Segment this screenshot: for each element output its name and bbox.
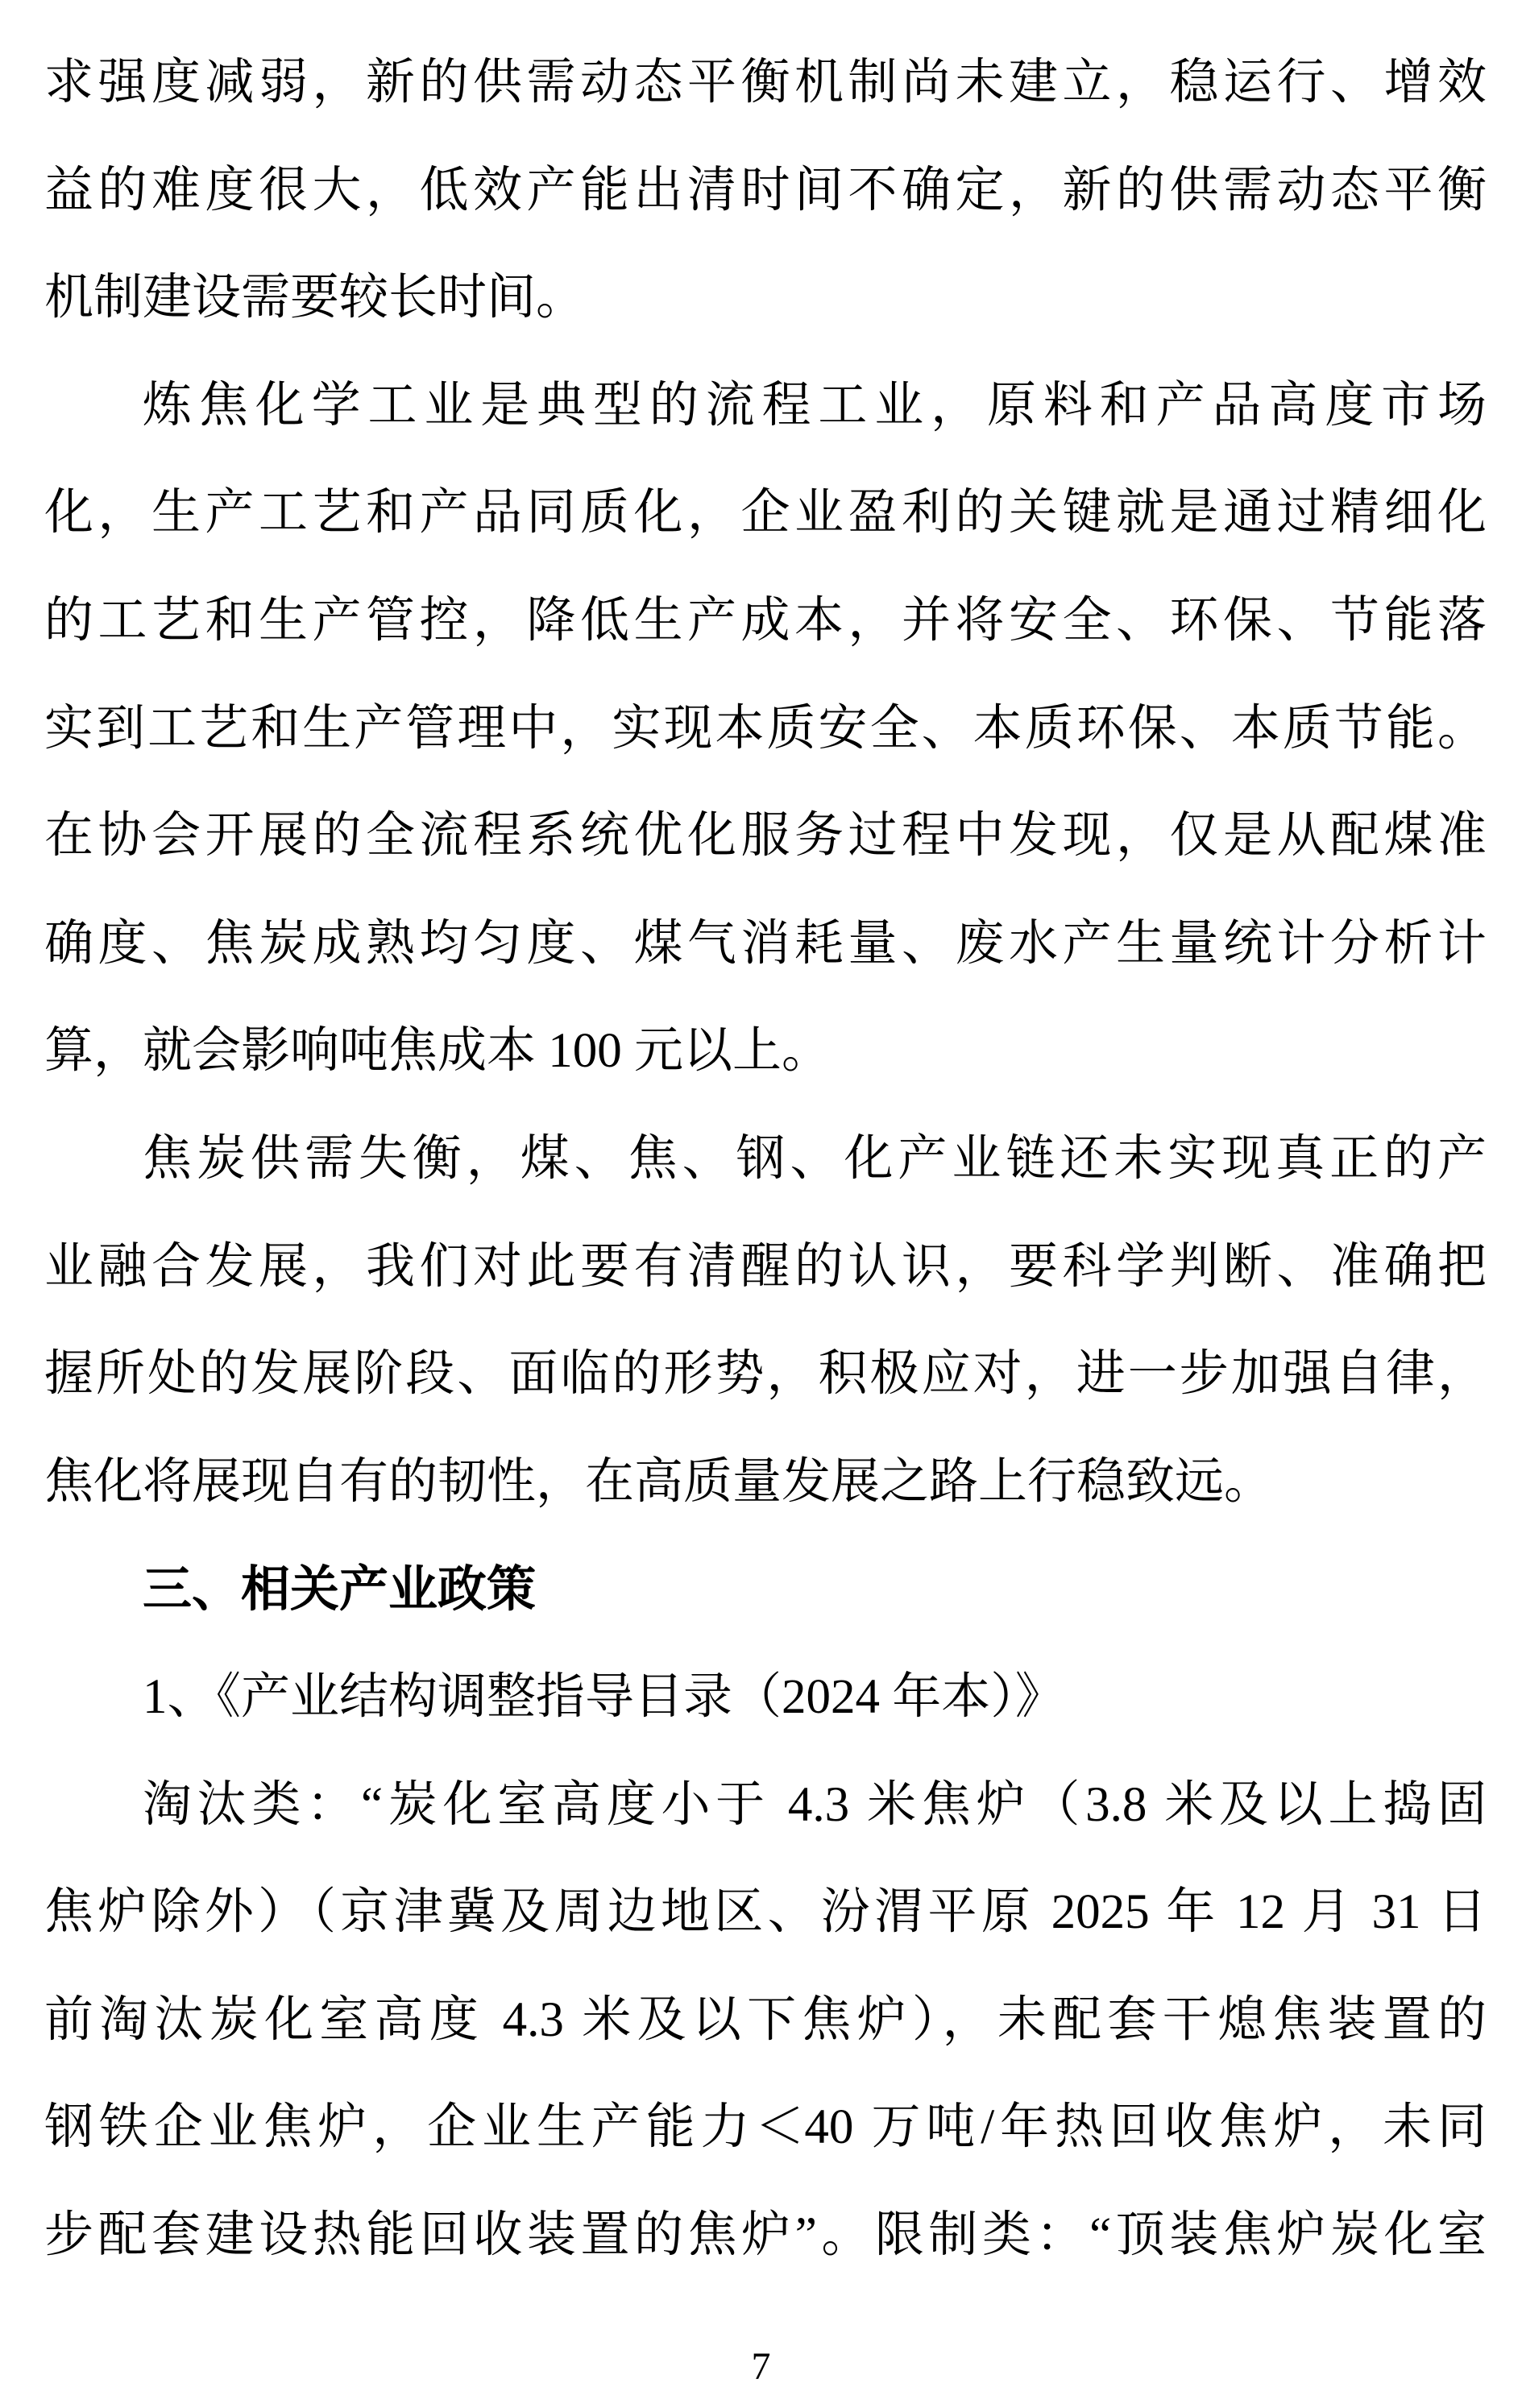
document-page: 求强度减弱，新的供需动态平衡机制尚未建立，稳运行、增效益的难度很大，低效产能出清…: [0, 0, 1522, 2408]
section-heading: 三、相关产业政策: [44, 1536, 1487, 1643]
text-line: 焦炉除外）（京津冀及周边地区、汾渭平原 2025 年 12 月 31 日: [44, 1859, 1487, 1967]
text-line: 前淘汰炭化室高度 4.3 米及以下焦炉），未配套干熄焦装置的: [44, 1967, 1487, 2074]
text-line: 1、《产业结构调整指导目录（2024 年本）》: [44, 1643, 1487, 1751]
text-line: 焦化将展现自有的韧性，在高质量发展之路上行稳致远。: [44, 1428, 1487, 1536]
text-line: 求强度减弱，新的供需动态平衡机制尚未建立，稳运行、增效: [44, 29, 1487, 137]
text-line: 步配套建设热能回收装置的焦炉”。限制类：“顶装焦炉炭化室: [44, 2182, 1487, 2290]
text-line: 钢铁企业焦炉，企业生产能力＜40 万吨/年热回收焦炉，未同: [44, 2074, 1487, 2182]
text-line: 机制建设需要较长时间。: [44, 244, 1487, 352]
text-line: 算，就会影响吨焦成本 100 元以上。: [44, 997, 1487, 1105]
text-line: 业融合发展，我们对此要有清醒的认识，要科学判断、准确把: [44, 1213, 1487, 1321]
text-line: 的工艺和生产管控，降低生产成本，并将安全、环保、节能落: [44, 567, 1487, 675]
text-line: 焦炭供需失衡，煤、焦、钢、化产业链还未实现真正的产: [44, 1105, 1487, 1213]
text-line: 确度、焦炭成熟均匀度、煤气消耗量、废水产生量统计分析计: [44, 890, 1487, 998]
text-line: 淘汰类：“炭化室高度小于 4.3 米焦炉（3.8 米及以上捣固: [44, 1751, 1487, 1859]
text-line: 握所处的发展阶段、面临的形势，积极应对，进一步加强自律，: [44, 1320, 1487, 1428]
text-line: 在协会开展的全流程系统优化服务过程中发现，仅是从配煤准: [44, 782, 1487, 890]
text-line: 益的难度很大，低效产能出清时间不确定，新的供需动态平衡: [44, 137, 1487, 245]
page-number: 7: [0, 2343, 1522, 2391]
text-line: 实到工艺和生产管理中，实现本质安全、本质环保、本质节能。: [44, 675, 1487, 783]
document-body: 求强度减弱，新的供需动态平衡机制尚未建立，稳运行、增效益的难度很大，低效产能出清…: [44, 29, 1487, 2289]
text-line: 炼焦化学工业是典型的流程工业，原料和产品高度市场: [44, 352, 1487, 460]
text-line: 化，生产工艺和产品同质化，企业盈利的关键就是通过精细化: [44, 459, 1487, 567]
